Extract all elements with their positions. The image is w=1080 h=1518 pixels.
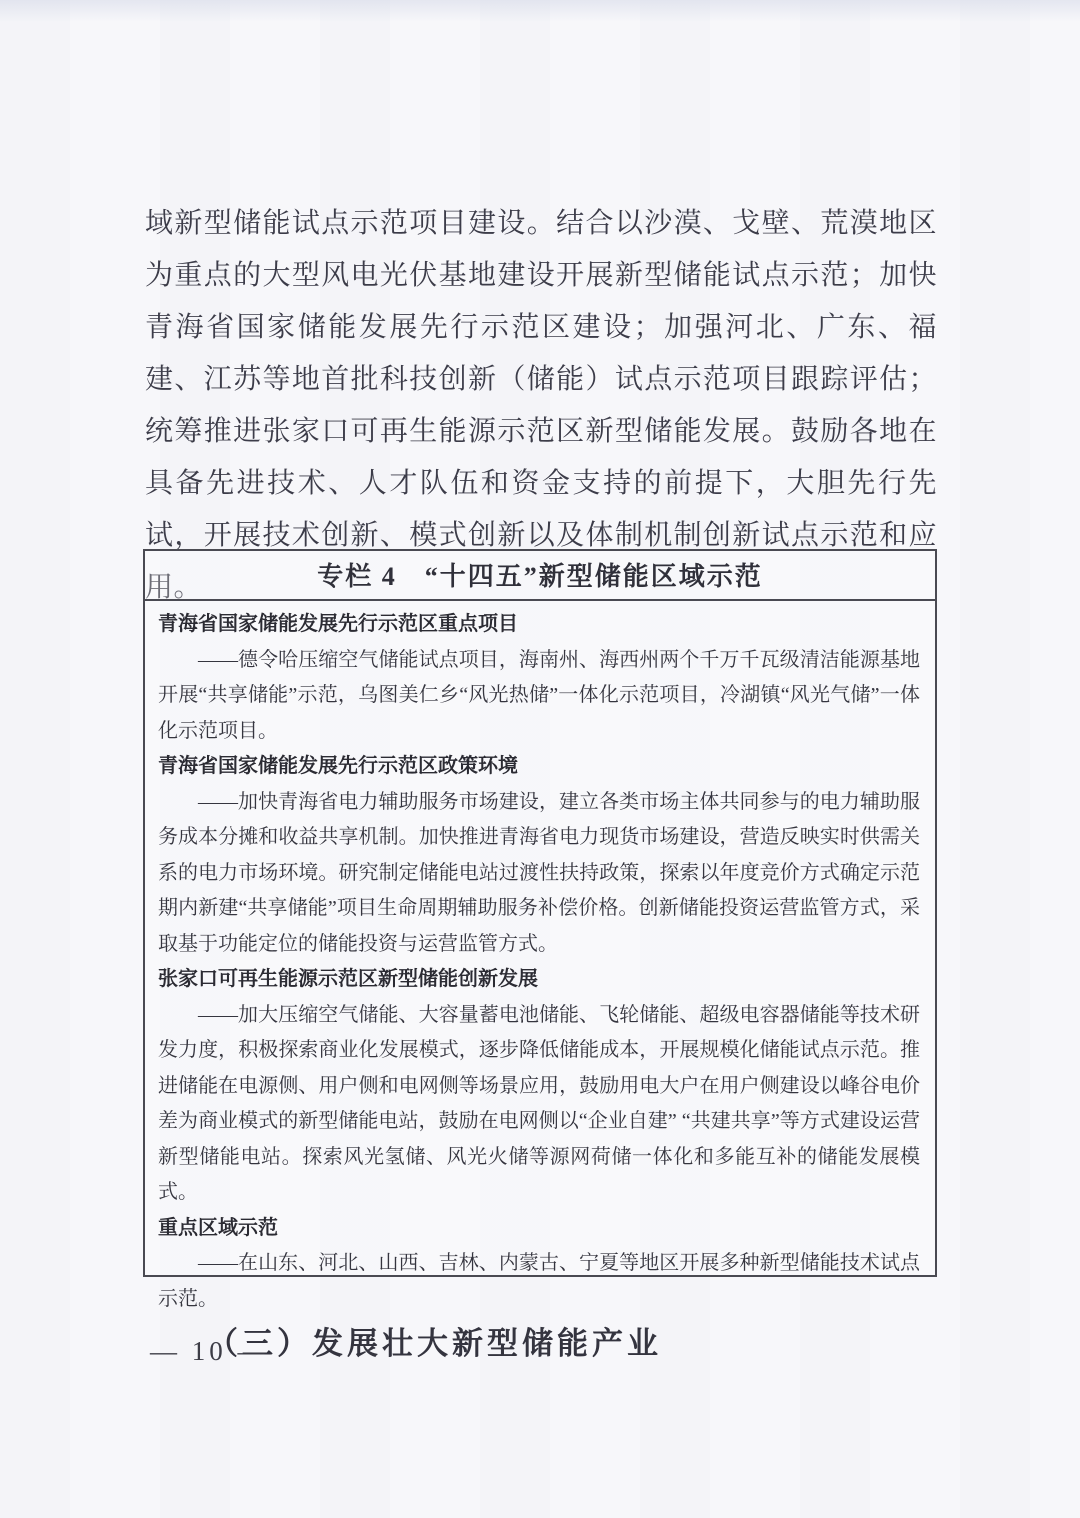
callout-box-zhuanlan-4: 专栏 4 “十四五”新型储能区域示范 青海省国家储能发展先行示范区重点项目 ——… [143,549,937,1277]
box-section-4-heading: 重点区域示范 [158,1211,920,1247]
box-section-1-heading: 青海省国家储能发展先行示范区重点项目 [158,607,920,643]
callout-box-title: 专栏 4 “十四五”新型储能区域示范 [145,551,935,601]
subsection-heading: （三）发展壮大新型储能产业 [207,1318,662,1363]
box-section-1-body: ——德令哈压缩空气储能试点项目，海南州、海西州两个千万千瓦级清洁能源基地开展“共… [158,643,920,750]
box-section-3-heading: 张家口可再生能源示范区新型储能创新发展 [158,962,920,998]
document-page: 域新型储能试点示范项目建设。结合以沙漠、戈壁、荒漠地区为重点的大型风电光伏基地建… [0,0,1080,1518]
box-section-2-heading: 青海省国家储能发展先行示范区政策环境 [158,749,920,785]
box-section-4-body: ——在山东、河北、山西、吉林、内蒙古、宁夏等地区开展多种新型储能技术试点示范。 [158,1246,920,1317]
callout-box-content: 青海省国家储能发展先行示范区重点项目 ——德令哈压缩空气储能试点项目，海南州、海… [145,601,935,1317]
box-section-3-body: ——加大压缩空气储能、大容量蓄电池储能、飞轮储能、超级电容器储能等技术研发力度，… [158,998,920,1211]
box-section-2-body: ——加快青海省电力辅助服务市场建设，建立各类市场主体共同参与的电力辅助服务成本分… [158,785,920,963]
page-number: — 10 — [150,1336,269,1367]
